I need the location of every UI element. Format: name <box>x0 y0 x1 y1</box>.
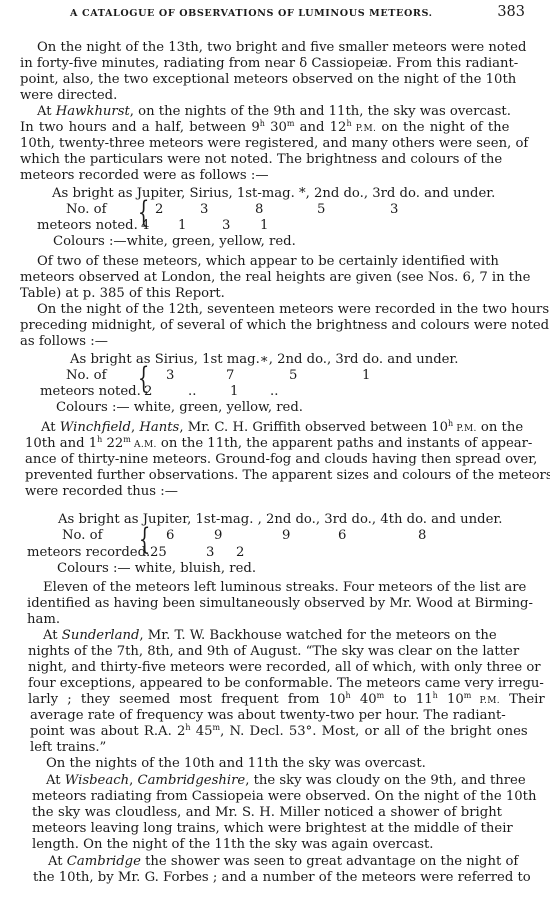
text-line: At Hawkhurst, on the nights of the 9th a… <box>37 104 493 120</box>
text-line: which the particulars were not noted. Th… <box>20 152 493 168</box>
page-number: 383 <box>497 4 525 20</box>
table-cell: .. <box>270 384 278 400</box>
table-label: meteors noted. <box>37 218 138 234</box>
text-line: preceding midnight, of several of which … <box>20 318 493 334</box>
text-line: prevented further observations. The appa… <box>25 468 494 484</box>
text-line: were recorded thus :— <box>25 484 498 500</box>
text-line: average rate of frequency was about twen… <box>30 708 497 724</box>
text-line: ham. <box>27 612 500 628</box>
text-line: left trains.” <box>30 740 503 756</box>
table-label: No. of <box>66 368 106 384</box>
table-cell: 3 <box>390 202 398 218</box>
text-line: meteors observed at London, the real hei… <box>20 270 493 286</box>
table-cell: 2 <box>155 202 163 218</box>
place-name: Winchfield <box>60 420 131 435</box>
table-cell: 9 <box>282 528 290 544</box>
table-cell: 6 <box>166 528 174 544</box>
text-line: Table) at p. 385 of this Report. <box>20 286 493 302</box>
table-cell: 8 <box>418 528 426 544</box>
text-line: meteors recorded were as follows :— <box>20 168 493 184</box>
colours-line: Colours :— white, bluish, red. <box>57 561 256 577</box>
table-cell: .. <box>188 384 196 400</box>
colours-line: Colours :—white, green, yellow, red. <box>53 234 296 250</box>
table-cell: 4 <box>141 218 149 234</box>
text-line: nights of the 7th, 8th, and 9th of Augus… <box>28 644 496 660</box>
text-line: larly ; they seemed most frequent from 1… <box>28 692 501 709</box>
table-cell: 1 <box>362 368 370 384</box>
place-name: Hants <box>139 420 179 435</box>
text-line: At Sunderland, Mr. T. W. Backhouse watch… <box>43 628 495 644</box>
table-cell: 5 <box>317 202 325 218</box>
colours-line: Colours :— white, green, yellow, red. <box>56 400 303 416</box>
text-line: the sky was cloudless, and Mr. S. H. Mil… <box>32 805 502 821</box>
table-cell: 3 <box>166 368 174 384</box>
text-line: point was about R.A. 2h 45m, N. Decl. 53… <box>30 724 503 740</box>
table-cell: 3 <box>200 202 208 218</box>
place-name: Wisbeach <box>65 773 129 788</box>
table-cell: 8 <box>255 202 263 218</box>
brace: { <box>139 525 150 555</box>
text-line: At Wisbeach, Cambridgeshire, the sky was… <box>46 773 502 789</box>
text-line: On the night of the 12th, seventeen mete… <box>37 302 493 318</box>
place-name: Cambridge <box>67 854 141 869</box>
table-cell: 1 <box>260 218 268 234</box>
table-cell: 25 <box>150 545 167 561</box>
table-label: meteors noted. <box>40 384 141 400</box>
text-line: the 10th, by Mr. G. Forbes ; and a numbe… <box>33 870 503 886</box>
table-cell: 2 <box>236 545 244 561</box>
text-line: In two hours and a half, between 9h 30m … <box>20 120 493 137</box>
table-heading: As bright as Jupiter, 1st-mag. , 2nd do.… <box>58 512 502 528</box>
document-page: A CATALOGUE OF OBSERVATIONS OF LUMINOUS … <box>0 0 550 900</box>
table-cell: 3 <box>222 218 230 234</box>
table-cell: 9 <box>214 528 222 544</box>
table-label: No. of <box>62 528 102 544</box>
table-cell: 7 <box>226 368 234 384</box>
text-line: as follows :— <box>20 334 493 350</box>
text-line: At Cambridge the shower was seen to grea… <box>48 854 503 870</box>
table-cell: 3 <box>206 545 214 561</box>
table-heading: As bright as Jupiter, Sirius, 1st-mag. *… <box>52 186 495 202</box>
table-heading: As bright as Sirius, 1st mag.∗, 2nd do.,… <box>70 352 458 368</box>
text-line: in forty-five minutes, radiating from ne… <box>20 56 493 72</box>
page-header: A CATALOGUE OF OBSERVATIONS OF LUMINOUS … <box>70 4 525 24</box>
text-line: ance of thirty-nine meteors. Ground-fog … <box>25 452 494 468</box>
table-cell: 5 <box>289 368 297 384</box>
text-line: 10th and 1h 22m A.M. on the 11th, the ap… <box>25 436 498 453</box>
text-line: meteors leaving long trains, which were … <box>32 821 502 837</box>
text-line: On the nights of the 10th and 11th the s… <box>46 756 519 772</box>
table-label: meteors recorded. <box>27 545 150 561</box>
text-line: identified as having been simultaneously… <box>27 596 495 612</box>
place-name: Hawkhurst <box>56 104 130 119</box>
text-line: Of two of these meteors, which appear to… <box>37 254 493 270</box>
table-label: No. of <box>66 202 106 218</box>
text-line: Eleven of the meteors left luminous stre… <box>43 580 495 596</box>
place-name: Cambridgeshire <box>137 773 245 788</box>
place-name: Sunderland <box>62 628 140 643</box>
text-line: four exceptions, appeared to be conforma… <box>28 676 496 692</box>
table-cell: 1 <box>178 218 186 234</box>
running-title: A CATALOGUE OF OBSERVATIONS OF LUMINOUS … <box>70 8 433 19</box>
text-line: were directed. <box>20 88 493 104</box>
text-line: point, also, the two exceptional meteors… <box>20 72 493 88</box>
text-line: night, and thirty-five meteors were reco… <box>28 660 496 676</box>
text-line: At Winchfield, Hants, Mr. C. H. Griffith… <box>41 420 494 437</box>
text-line: meteors radiating from Cassiopeia were o… <box>32 789 502 805</box>
text-line: On the night of the 13th, two bright and… <box>37 40 493 56</box>
table-cell: 6 <box>338 528 346 544</box>
text-line: length. On the night of the 11th the sky… <box>32 837 505 853</box>
text-line: 10th, twenty-three meteors were register… <box>20 136 493 152</box>
table-cell: 2 <box>144 384 152 400</box>
table-cell: 1 <box>230 384 238 400</box>
